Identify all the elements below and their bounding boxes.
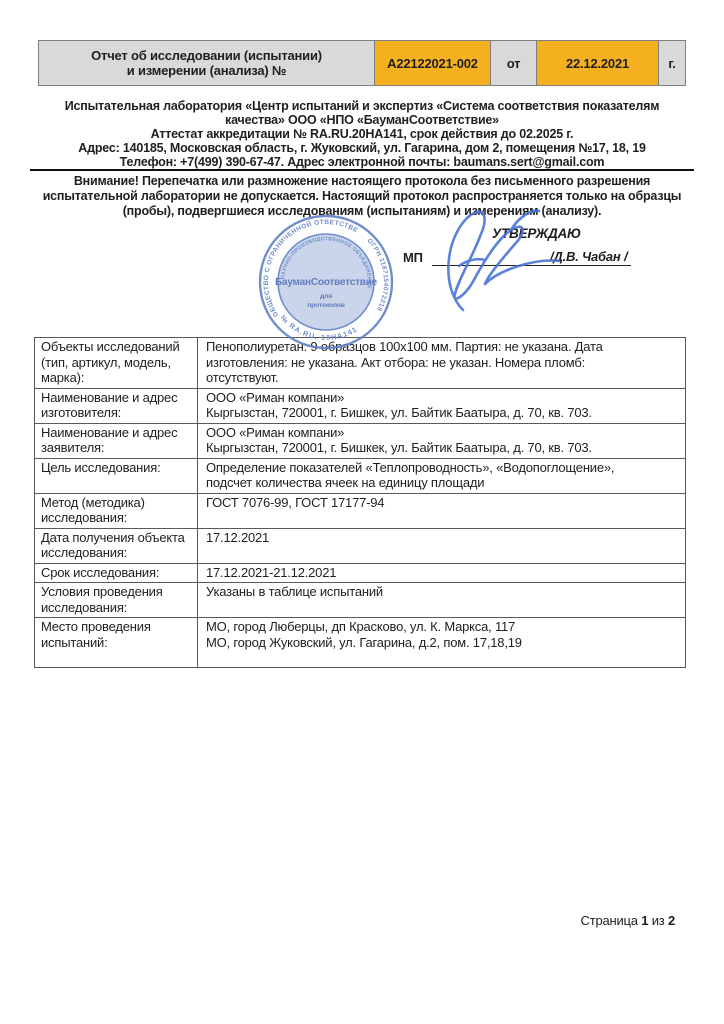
stamp-center-sub2: протоколов [307,302,345,309]
report-page: Отчет об исследовании (испытании) и изме… [0,0,724,1024]
laboratory-stamp: ОБЩЕСТВО С ОГРАНИЧЕННОЙ ОТВЕТСТВЕННОСТЬЮ… [256,212,396,352]
row-label: Место проведения испытаний: [35,618,198,668]
handwritten-signature [415,200,585,318]
table-row: Место проведения испытаний: МО, город Лю… [35,618,686,668]
row-value: ООО «Риман компани» Кыргызстан, 720001, … [198,423,686,458]
row-label: Условия проведения исследования: [35,583,198,618]
row-label: Дата получения объекта исследования: [35,528,198,563]
report-date: 22.12.2021 [537,41,659,85]
page-label: Страница [581,913,638,928]
page-footer: Страница 1 из 2 [581,913,675,928]
report-header-table: Отчет об исследовании (испытании) и изме… [38,40,686,86]
table-row: Срок исследования: 17.12.2021-21.12.2021 [35,563,686,583]
row-value: 17.12.2021-21.12.2021 [198,563,686,583]
horizontal-rule [30,169,694,171]
table-row: Цель исследования: Определение показател… [35,458,686,493]
row-value: ГОСТ 7076-99, ГОСТ 17177-94 [198,493,686,528]
report-title: Отчет об исследовании (испытании) и изме… [39,41,375,85]
row-label: Объекты исследований (тип, артикул, моде… [35,338,198,389]
year-suffix: г. [659,41,685,85]
table-row: Наименование и адрес заявителя: ООО «Рим… [35,423,686,458]
row-value: ООО «Риман компани» Кыргызстан, 720001, … [198,388,686,423]
row-label: Метод (методика) исследования: [35,493,198,528]
laboratory-info: Испытательная лаборатория «Центр испытан… [38,99,686,169]
table-row: Метод (методика) исследования: ГОСТ 7076… [35,493,686,528]
row-label: Наименование и адрес заявителя: [35,423,198,458]
table-row: Условия проведения исследования: Указаны… [35,583,686,618]
stamp-center-sub1: для [320,293,332,300]
from-label: от [491,41,537,85]
row-label: Наименование и адрес изготовителя: [35,388,198,423]
row-value: Определение показателей «Теплопроводност… [198,458,686,493]
row-value: 17.12.2021 [198,528,686,563]
total-pages-number: 2 [668,913,675,928]
row-label: Цель исследования: [35,458,198,493]
report-number: A22122021-002 [375,41,491,85]
details-table: Объекты исследований (тип, артикул, моде… [34,337,686,668]
row-value: Указаны в таблице испытаний [198,583,686,618]
current-page-number: 1 [641,913,648,928]
row-label: Срок исследования: [35,563,198,583]
table-row: Дата получения объекта исследования: 17.… [35,528,686,563]
of-label: из [652,913,665,928]
row-value: МО, город Люберцы, дп Красково, ул. К. М… [198,618,686,668]
table-row: Наименование и адрес изготовителя: ООО «… [35,388,686,423]
stamp-center-name: БауманСоответствие [275,277,378,288]
